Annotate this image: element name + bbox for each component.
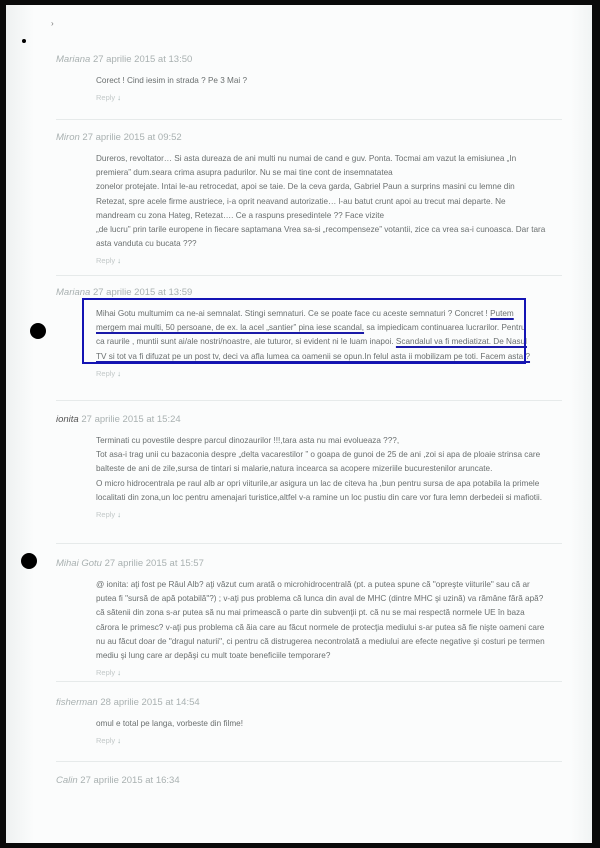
comment-date[interactable]: 28 aprilie 2015 at 14:54 — [100, 697, 199, 708]
comment: Mariana 27 aprilie 2015 at 13:59 Mihai G… — [56, 287, 562, 378]
comment-text: @ ionita: aţi fost pe Râul Alb? aţi văzu… — [96, 578, 546, 663]
comment-meta: Miron 27 aprilie 2015 at 09:52 — [56, 132, 562, 143]
comment-meta: Mihai Gotu 27 aprilie 2015 at 15:57 — [56, 558, 562, 569]
arrow-down-icon: ↓ — [117, 510, 121, 519]
reply-button[interactable]: Reply↓ — [96, 256, 562, 265]
arrow-down-icon: ↓ — [117, 369, 121, 378]
comment-author[interactable]: Mariana — [56, 54, 90, 65]
scan-speck — [22, 39, 26, 43]
comment-text: Corect ! Cind iesim in strada ? Pe 3 Mai… — [96, 74, 536, 88]
reply-button[interactable]: Reply↓ — [96, 93, 562, 102]
comment-text: Mihai Gotu multumim ca ne-ai semnalat. S… — [96, 307, 536, 364]
comment-text: O micro hidrocentrala pe raul alb ar opr… — [96, 477, 546, 505]
punch-hole — [30, 323, 46, 339]
comment: Mihai Gotu 27 aprilie 2015 at 15:57 @ io… — [56, 558, 562, 677]
comment-date[interactable]: 27 aprilie 2015 at 16:34 — [80, 775, 179, 786]
comment: Mariana 27 aprilie 2015 at 13:50 Corect … — [56, 54, 562, 102]
comment-text: „de lucru” prin tarile europene in fieca… — [96, 223, 546, 251]
comment-date[interactable]: 27 aprilie 2015 at 13:50 — [93, 54, 192, 65]
divider — [56, 543, 562, 544]
arrow-down-icon: ↓ — [117, 736, 121, 745]
comment-body: Corect ! Cind iesim in strada ? Pe 3 Mai… — [96, 74, 536, 88]
comment-meta: Mariana 27 aprilie 2015 at 13:50 — [56, 54, 562, 65]
reply-label: Reply — [96, 668, 115, 677]
comment-author[interactable]: Mihai Gotu — [56, 558, 102, 569]
punch-hole — [21, 553, 37, 569]
reply-button[interactable]: Reply↓ — [96, 736, 562, 745]
corner-mark: › — [51, 19, 54, 28]
reply-button[interactable]: Reply↓ — [96, 510, 562, 519]
divider — [56, 681, 562, 682]
comment-meta: ionita 27 aprilie 2015 at 15:24 — [56, 414, 562, 425]
comment-author[interactable]: Mariana — [56, 287, 90, 298]
arrow-down-icon: ↓ — [117, 93, 121, 102]
comment: fisherman 28 aprilie 2015 at 14:54 omul … — [56, 697, 562, 745]
reply-label: Reply — [96, 736, 115, 745]
comment-author[interactable]: Calin — [56, 775, 78, 786]
comment-author[interactable]: Miron — [56, 132, 80, 143]
comment-text: Terminati cu povestile despre parcul din… — [96, 434, 546, 448]
comment-meta: fisherman 28 aprilie 2015 at 14:54 — [56, 697, 562, 708]
comment: ionita 27 aprilie 2015 at 15:24 Terminat… — [56, 414, 562, 519]
comment-text: Tot asa-i trag unii cu bazaconia despre … — [96, 448, 546, 476]
comment: Miron 27 aprilie 2015 at 09:52 Dureros, … — [56, 132, 562, 265]
reply-button[interactable]: Reply↓ — [96, 369, 562, 378]
comment-meta: Mariana 27 aprilie 2015 at 13:59 — [56, 287, 562, 298]
comment-date[interactable]: 27 aprilie 2015 at 09:52 — [82, 132, 181, 143]
comment-text: omul e total pe langa, vorbeste din film… — [96, 717, 536, 731]
reply-label: Reply — [96, 369, 115, 378]
reply-label: Reply — [96, 93, 115, 102]
comment-date[interactable]: 27 aprilie 2015 at 13:59 — [93, 287, 192, 298]
comment-text: zonelor protejate. Intai le-au retroceda… — [96, 180, 546, 223]
divider — [56, 275, 562, 276]
divider — [56, 761, 562, 762]
comment-date[interactable]: 27 aprilie 2015 at 15:24 — [81, 414, 180, 425]
scanned-page: › Mariana 27 aprilie 2015 at 13:50 Corec… — [6, 5, 592, 843]
reply-label: Reply — [96, 510, 115, 519]
comment-text: Dureros, revoltator… Si asta dureaza de … — [96, 152, 546, 180]
reply-label: Reply — [96, 256, 115, 265]
comment-body: Dureros, revoltator… Si asta dureaza de … — [96, 152, 546, 251]
divider — [56, 400, 562, 401]
comment-body: omul e total pe langa, vorbeste din film… — [96, 717, 536, 731]
comment-date[interactable]: 27 aprilie 2015 at 15:57 — [105, 558, 204, 569]
comment-author[interactable]: ionita — [56, 414, 79, 425]
comment-body: @ ionita: aţi fost pe Râul Alb? aţi văzu… — [96, 578, 546, 663]
comment: Calin 27 aprilie 2015 at 16:34 — [56, 775, 562, 786]
divider — [56, 119, 562, 120]
comment-body: Terminati cu povestile despre parcul din… — [96, 434, 546, 505]
comment-author[interactable]: fisherman — [56, 697, 98, 708]
comment-meta: Calin 27 aprilie 2015 at 16:34 — [56, 775, 562, 786]
reply-button[interactable]: Reply↓ — [96, 668, 562, 677]
arrow-down-icon: ↓ — [117, 256, 121, 265]
arrow-down-icon: ↓ — [117, 668, 121, 677]
comment-body: Mihai Gotu multumim ca ne-ai semnalat. S… — [96, 307, 536, 364]
